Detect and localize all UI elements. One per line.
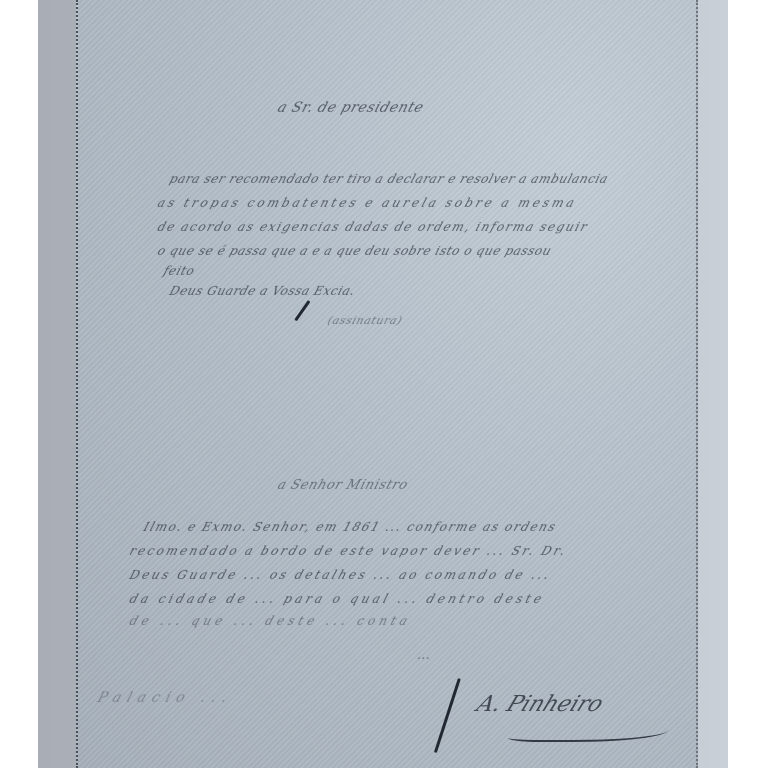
signature-bracket-stroke bbox=[434, 678, 461, 753]
document-sheet: a Sr. de presidente para ser recomendado… bbox=[76, 0, 698, 768]
section2-line: recomendado a bordo de este vapor dever … bbox=[128, 544, 569, 558]
closing-stroke bbox=[294, 300, 310, 321]
section1-line: de acordo as exigencias dadas de ordem, … bbox=[156, 220, 591, 234]
signature-flourish bbox=[508, 722, 668, 742]
section2-line: Ilmo. e Exmo. Senhor, em 1861 ... confor… bbox=[142, 520, 559, 534]
section2-heading: a Senhor Ministro bbox=[276, 478, 410, 493]
signature: A. Pinheiro bbox=[473, 692, 607, 717]
section1-line: Deus Guarde a Vossa Excia. bbox=[168, 284, 357, 298]
section1-line: para ser recomendado ter tiro a declarar… bbox=[168, 172, 610, 186]
section1-closing: (assinatura) bbox=[326, 314, 404, 327]
section1-line: o que se é passa que a e a que deu sobre… bbox=[156, 244, 554, 258]
section1-heading: a Sr. de presidente bbox=[275, 100, 426, 116]
footer-date-mark: ... bbox=[416, 648, 434, 662]
footer-left-note: Palacio ... bbox=[95, 690, 235, 706]
section2-line: de ... que ... deste ... conta bbox=[128, 614, 414, 628]
section2-line: Deus Guarde ... os detalhes ... ao coman… bbox=[128, 568, 553, 582]
section1-line: feito bbox=[162, 264, 197, 278]
section2-line: da cidade de ... para o qual ... dentro … bbox=[128, 592, 547, 606]
section1-line: as tropas combatentes e aurela sobre a m… bbox=[156, 196, 579, 210]
